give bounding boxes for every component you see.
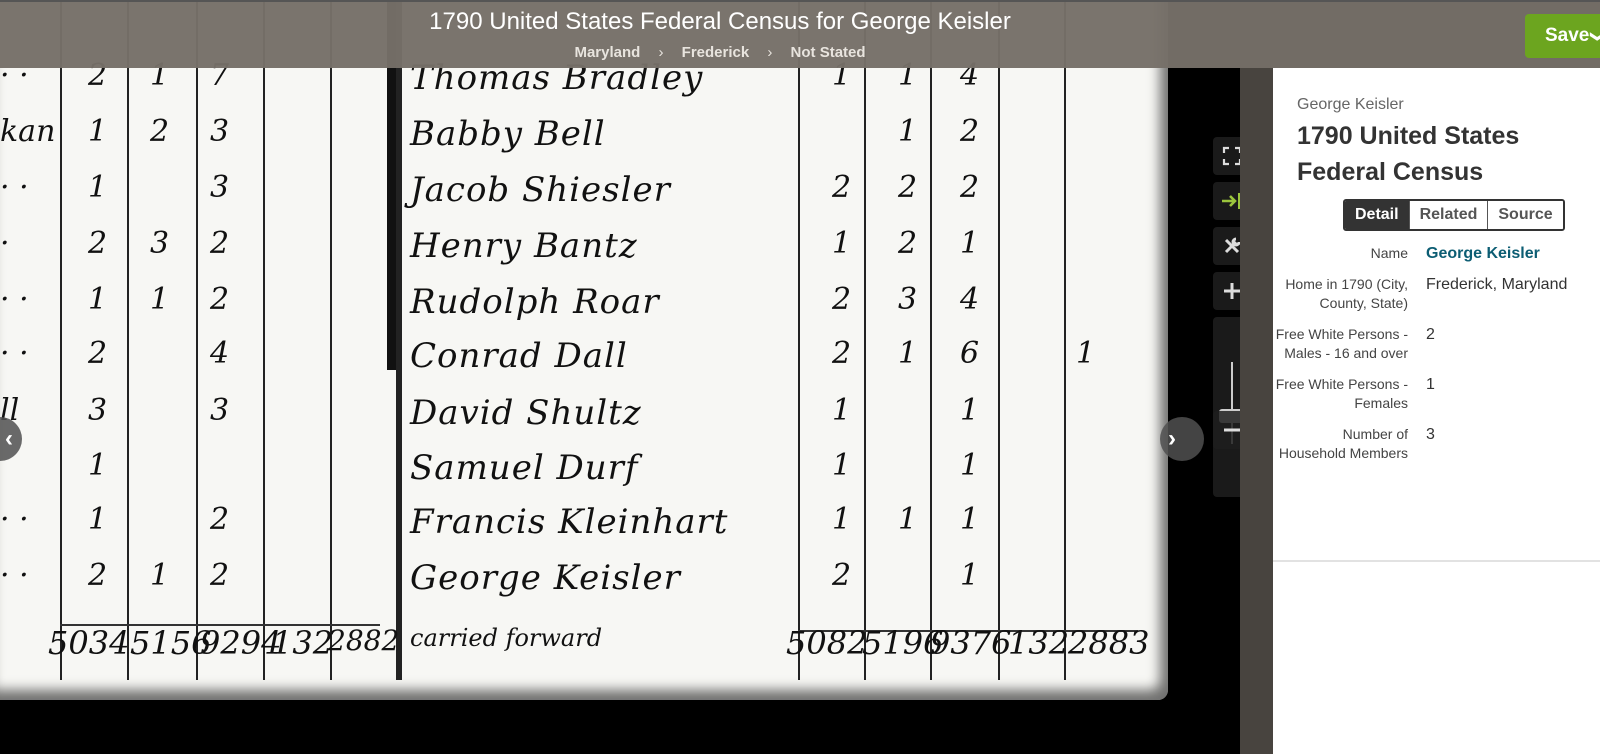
breadcrumb: Maryland › Frederick › Not Stated [0, 44, 1440, 61]
collapse-panel-icon [1221, 192, 1240, 210]
panel-divider[interactable] [1240, 68, 1273, 754]
tools-button[interactable] [1213, 227, 1240, 265]
census-row: · · 1 3 Jacob Shiesler 2 2 2 [0, 170, 1168, 226]
fact-row-name: Name George Keisler [1273, 244, 1600, 263]
tab-related[interactable]: Related [1409, 201, 1488, 229]
census-page-image[interactable]: · · 2 1 7 Thomas Bradley 1 1 4 kan 1 2 3… [0, 0, 1168, 700]
panel-tabs: Detail Related Source [1343, 199, 1565, 231]
collapse-panel-button[interactable] [1213, 182, 1240, 220]
save-button[interactable]: Save ❯ [1525, 14, 1600, 58]
zoom-out-icon [1222, 420, 1240, 440]
zoom-in-icon [1222, 281, 1240, 301]
record-detail-panel: George Keisler 1790 United States Federa… [1273, 68, 1600, 754]
panel-divider-rule [1273, 560, 1600, 562]
fullscreen-icon [1222, 146, 1240, 166]
fact-label: Number of Household Members [1273, 425, 1408, 463]
census-row: · · 1 1 2 Rudolph Roar 2 3 4 [0, 282, 1168, 338]
breadcrumb-county[interactable]: Frederick [682, 44, 750, 61]
tab-source[interactable]: Source [1487, 201, 1562, 229]
census-row: · · 2 4 Conrad Dall 2 1 6 1 [0, 336, 1168, 392]
panel-title: 1790 United States Federal Census [1297, 118, 1587, 190]
save-label: Save [1545, 25, 1589, 47]
record-facts: Name George Keisler Home in 1790 (City, … [1273, 244, 1600, 475]
zoom-out-button[interactable] [1213, 411, 1240, 449]
fact-label: Home in 1790 (City, County, State) [1273, 275, 1408, 313]
breadcrumb-state[interactable]: Maryland [574, 44, 640, 61]
census-row: kan 1 2 3 Babby Bell 1 2 [0, 114, 1168, 170]
tools-icon [1222, 236, 1240, 256]
census-row: · · 1 2 Francis Kleinhart 1 1 1 [0, 502, 1168, 558]
census-row: ll 3 3 David Shultz 1 1 [0, 393, 1168, 449]
census-row-highlighted: · · 2 1 2 George Keisler 2 1 [0, 558, 1168, 614]
fact-label: Free White Persons - Males - 16 and over [1273, 325, 1408, 363]
census-row: 1 Samuel Durf 1 1 [0, 448, 1168, 504]
fact-value: Frederick, Maryland [1426, 275, 1567, 313]
census-row: · 2 3 2 Henry Bantz 1 2 1 [0, 226, 1168, 282]
fact-row-males-16-over: Free White Persons - Males - 16 and over… [1273, 325, 1600, 363]
breadcrumb-township[interactable]: Not Stated [791, 44, 866, 61]
chevron-right-icon: › [1168, 425, 1176, 453]
page-title: 1790 United States Federal Census for Ge… [0, 8, 1440, 36]
fact-row-home: Home in 1790 (City, County, State) Frede… [1273, 275, 1600, 313]
record-header: 1790 United States Federal Census for Ge… [0, 0, 1600, 68]
tab-detail[interactable]: Detail [1345, 201, 1409, 229]
chevron-left-icon: ‹ [5, 425, 13, 453]
zoom-in-button[interactable] [1213, 272, 1240, 310]
fact-value: 3 [1426, 425, 1435, 463]
next-image-button[interactable]: › [1160, 417, 1204, 461]
census-totals-row: 5034 5156 9294 132 2882 carried forward … [0, 624, 1168, 680]
fact-row-females: Free White Persons - Females 1 [1273, 375, 1600, 413]
fullscreen-button[interactable] [1213, 137, 1240, 175]
breadcrumb-separator-icon: › [767, 44, 772, 61]
fact-row-household-members: Number of Household Members 3 [1273, 425, 1600, 463]
breadcrumb-separator-icon: › [658, 44, 663, 61]
zoom-slider[interactable] [1213, 317, 1240, 497]
person-name-link[interactable]: George Keisler [1426, 244, 1540, 263]
fact-value: 1 [1426, 375, 1435, 413]
census-image-viewer[interactable]: · · 2 1 7 Thomas Bradley 1 1 4 kan 1 2 3… [0, 0, 1240, 754]
panel-subtitle: George Keisler [1297, 96, 1404, 114]
fact-label: Free White Persons - Females [1273, 375, 1408, 413]
fact-value: 2 [1426, 325, 1435, 363]
fact-label: Name [1273, 244, 1408, 263]
chevron-down-icon: ❯ [1590, 30, 1600, 42]
